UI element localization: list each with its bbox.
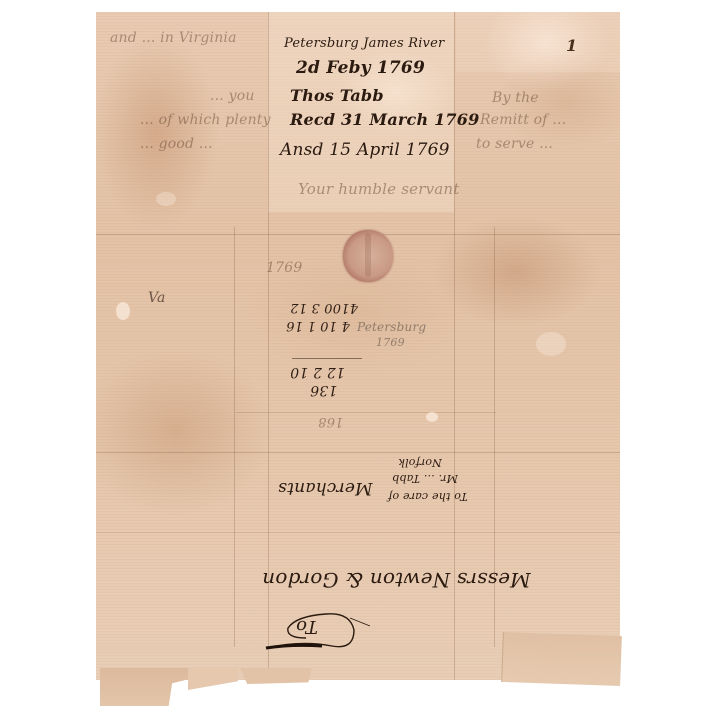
fold-line (236, 412, 496, 413)
fold-line (96, 532, 620, 533)
bleed-through-text: ... of which plenty (140, 112, 271, 128)
torn-bottom-flap (188, 668, 238, 690)
faded-closing: Your humble servant (298, 180, 459, 198)
docket-line-answered: Ansd 15 April 1769 (280, 140, 450, 160)
forwarding-line: Norfolk (398, 456, 442, 469)
wax-seal (343, 230, 393, 282)
left-margin-note: Va (148, 290, 166, 306)
bleed-through-text: By the (492, 90, 539, 106)
bleed-through-text: and ... in Virginia (110, 30, 237, 46)
address-city: Merchants (278, 478, 373, 498)
corner-mark: 1 (566, 36, 577, 55)
docket-line-date: 2d Feby 1769 (296, 58, 425, 78)
pencil-note-year: 1769 (376, 336, 405, 349)
calculation-line: 4 10 1 16 (286, 318, 350, 333)
folded-corner-flap (501, 632, 622, 686)
address-addressee: Messrs Newton & Gordon (262, 568, 531, 592)
forwarding-line: Mr. ... Tabb (392, 472, 458, 485)
calculation-line: 168 (318, 414, 343, 429)
fold-line (234, 227, 235, 647)
pencil-note-place: Petersburg (357, 320, 426, 334)
calculation-line: 4100 3 12 (290, 300, 358, 315)
fold-line (96, 452, 620, 453)
bleed-through-text: ... good ... (140, 136, 213, 152)
calculation-line: 136 (310, 382, 337, 398)
calculation-line: 12 2 10 (290, 364, 345, 380)
forwarding-line: To the care of (388, 490, 468, 503)
torn-bottom-flap (240, 668, 312, 684)
faded-date: 1769 (266, 260, 302, 276)
calculation-rule (292, 358, 362, 359)
docket-line-place: Petersburg James River (284, 36, 444, 51)
top-right-light-area (456, 12, 620, 72)
bleed-through-text: to serve ... (476, 136, 553, 152)
torn-bottom-flap (100, 668, 188, 706)
bleed-through-text: ... you (210, 88, 255, 104)
docket-line-received: Recd 31 March 1769 (290, 110, 479, 129)
bleed-through-text: Remitt of ... (480, 112, 566, 128)
flourish-ornament (262, 608, 372, 652)
docket-line-sender: Thos Tabb (290, 86, 384, 105)
